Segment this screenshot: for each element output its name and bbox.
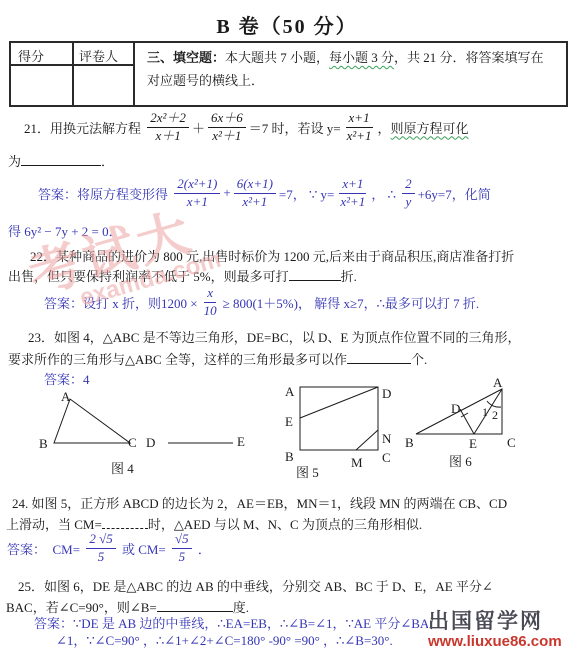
fig5-caption: 图 5 [296, 465, 319, 480]
text-run: 对应题号的横线上． [147, 73, 264, 88]
text-run: 每小题 3 分 [329, 50, 394, 65]
text-run: 折. [341, 269, 357, 284]
text-run: 答案：∵DE 是 AB 边的中垂线，∴EA=EB，∴∠B=∠1，∵AE 平分∠B… [34, 616, 484, 631]
text-run: ． [101, 154, 114, 169]
text-run: 为 [8, 154, 21, 169]
figures-canvas: A B C D E 图 4 A D E B C N M 图 5 A B C D … [0, 373, 574, 485]
fig6-angle-2: 2 [492, 408, 498, 422]
question-21-line1: 21．用换元法解方程 2x²＋2x＋1＋6x＋6x²＋1＝7 时，若设 y=x+… [24, 104, 469, 150]
fig4-label-d: D [146, 435, 155, 450]
section-instructions-line1: 三、填空题：本大题共 7 小题，每小题 3 分，共 21 分．将答案填写在 [147, 47, 544, 66]
question-21-line2: 为． [8, 151, 114, 170]
fig5-label-c: C [382, 450, 391, 465]
question-22-line1: 22．某种商品的进价为 800 元,出售时标价为 1200 元,后来由于商品积压… [30, 246, 514, 265]
fig4-label-e: E [237, 434, 245, 449]
fraction: √55 [172, 532, 192, 564]
fig6-label-b: B [405, 435, 414, 450]
question-23-line1: 23．如图 4，△ABC 是不等边三角形，DE=BC，以 D、E 为顶点作位置不… [28, 327, 521, 346]
fraction: x+1x²+1 [337, 177, 368, 209]
fig5-label-n: N [382, 431, 392, 446]
fraction: x+1x²+1 [344, 111, 375, 143]
fig5-label-e: E [285, 414, 293, 429]
answer-blank [21, 151, 101, 166]
answer-22-line1: 答案：设打 x 折，则1200 ×x10≥ 800(1＋5%)， 解得 x≥7，… [44, 283, 479, 321]
fraction: 2 √55 [86, 532, 115, 564]
text-run: 出售，但只要保持利润率不低于 5%，则最多可打 [8, 269, 289, 284]
text-run: + [223, 185, 230, 201]
text-run: =7， ∵ y= [279, 184, 334, 203]
fig6-label-e: E [469, 436, 477, 451]
text-run: 答案：将原方程变形得 [38, 184, 171, 203]
fraction: 2(x²+1)x+1 [174, 177, 220, 209]
fig6-label-c: C [507, 435, 516, 450]
text-run: 或 CM= [119, 539, 169, 558]
answer-21-line2: 得 6y² − 7y + 2 = 0． [8, 221, 122, 240]
text-run: 23．如图 4，△ABC 是不等边三角形，DE=BC，以 D、E 为顶点作位置不… [28, 330, 521, 345]
fraction: 2x²＋2x＋1 [147, 111, 189, 143]
liuxue-watermark-url: www.liuxue86.com [428, 634, 574, 651]
text-run: ， ∴ [371, 184, 399, 203]
fig4-label-b: B [39, 436, 48, 451]
text-run: 要求所作的三角形与△ABC 全等，这样的三角形最多可以作 [8, 352, 347, 367]
fig4-triangle [54, 399, 130, 443]
answer-blank [347, 349, 411, 364]
text-run: ＋ [192, 118, 205, 137]
fraction: 6x＋6x²＋1 [208, 111, 246, 143]
grader-label: 评卷人 [79, 46, 118, 65]
fraction: x10 [201, 286, 220, 318]
fig5-label-b: B [285, 449, 294, 464]
text-run: 22．某种商品的进价为 800 元,出售时标价为 1200 元,后来由于商品积压… [30, 249, 514, 264]
text-run: 得 6y² − 7y + 2 = 0． [8, 224, 122, 239]
fraction: 2y [402, 177, 415, 209]
answer-25-line2: ∠1，∵∠C=90° ，∴∠1+∠2+∠C=180° -90° =90° ，∴∠… [56, 630, 393, 649]
text-run: ，共 21 分．将答案填写在 [394, 50, 544, 65]
fig6-label-d: D [451, 401, 460, 416]
text-run: ∠1，∵∠C=90° ，∴∠1+∠2+∠C=180° -90° =90° ，∴∠… [56, 633, 393, 648]
question-23-line2: 要求所作的三角形与△ABC 全等，这样的三角形最多可以作个. [8, 349, 427, 368]
text-run: 24. 如图 5，正方形 ABCD 的边长为 2，AE＝EB，MN＝1，线段 M… [12, 496, 507, 511]
fig6-label-a: A [493, 375, 503, 390]
fig5-label-d: D [382, 386, 391, 401]
fig4-caption: 图 4 [111, 461, 134, 476]
text-run: 21．用换元法解方程 [24, 118, 144, 137]
text-run: 答案：设打 x 折，则1200 × [44, 293, 198, 312]
table-divider [72, 43, 74, 105]
fig5-label-a: A [285, 384, 295, 399]
answer-21-line1: 答案：将原方程变形得 2(x²+1)x+1+6(x+1)x²+1=7， ∵ y=… [38, 170, 491, 216]
page-title: B 卷（50 分） [0, 10, 574, 39]
fig4-label-c: C [128, 435, 137, 450]
text-run: 三、填空题： [147, 50, 225, 65]
answer-24-line1: 答案： CM= 2 √55 或 CM= √55 ． [7, 527, 211, 569]
fraction: 6(x+1)x²+1 [234, 177, 276, 209]
question-24-line1: 24. 如图 5，正方形 ABCD 的边长为 2，AE＝EB，MN＝1，线段 M… [12, 493, 507, 512]
liuxue-watermark: 出国留学网 www.liuxue86.com [428, 608, 574, 651]
liuxue-watermark-name: 出国留学网 [428, 610, 574, 633]
section-instructions-line2: 对应题号的横线上． [147, 70, 264, 89]
score-table: 得分 评卷人 三、填空题：本大题共 7 小题，每小题 3 分，共 21 分．将答… [9, 41, 568, 107]
question-25-line1: 25．如图 6，DE 是△ABC 的边 AB 的中垂线，分别交 AB、BC 于 … [18, 576, 493, 595]
exam-page: B 卷（50 分） 得分 评卷人 三、填空题：本大题共 7 小题，每小题 3 分… [0, 0, 574, 653]
answer-blank [289, 266, 341, 281]
fig5-line-mn [356, 430, 378, 450]
fig5-label-m: M [351, 455, 363, 470]
fig6-angle-1: 1 [482, 405, 488, 419]
table-divider [133, 43, 135, 105]
answer-blank [157, 597, 233, 612]
text-run: ≥ 800(1＋5%)， 解得 x≥7，∴最多可以打 7 折. [223, 293, 480, 312]
text-run: 则原方程可化 [391, 118, 469, 137]
text-run: ． [195, 539, 211, 558]
text-run: ＝7 时，若设 y= [249, 118, 341, 137]
text-run: 答案： CM= [7, 539, 83, 558]
fig5-line-ed [300, 387, 378, 418]
fig4-label-a: A [61, 389, 71, 404]
text-run: 个. [411, 352, 427, 367]
text-run: 本大题共 7 小题， [225, 50, 329, 65]
fig6-caption: 图 6 [449, 454, 472, 469]
text-run: 25．如图 6，DE 是△ABC 的边 AB 的中垂线，分别交 AB、BC 于 … [18, 579, 493, 594]
text-run: +6y=7，化简 [418, 184, 491, 203]
text-run: ， [378, 118, 391, 137]
fig6-line-de [460, 409, 474, 434]
score-label: 得分 [18, 46, 44, 65]
